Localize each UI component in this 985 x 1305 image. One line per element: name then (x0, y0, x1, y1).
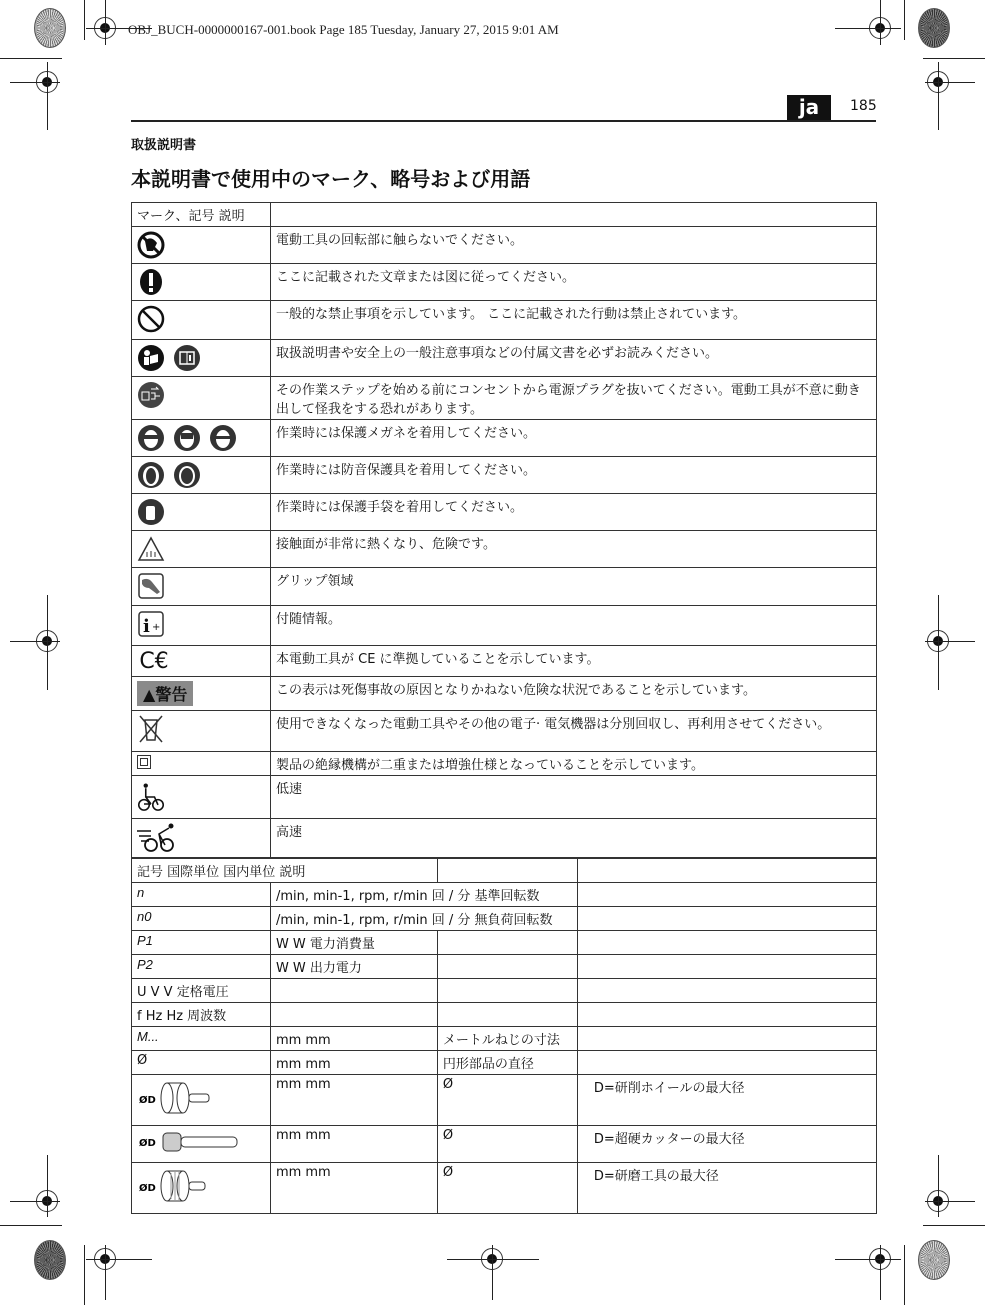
table-row: n0 /min, min-1, rpm, r/min 回 / 分 無負荷回転数 (132, 907, 877, 931)
description-cell (577, 1003, 876, 1027)
symbols-table: マーク、記号 説明 電動工具の回転部に触らないでください。 ここに記載された文章… (131, 202, 877, 858)
svg-text:i: i (143, 616, 150, 637)
table-row: f Hz Hz 周波数 (132, 1003, 877, 1027)
description-cell: 低速 (271, 776, 877, 819)
symbol-cell: Ø (132, 1051, 271, 1075)
table-row: Ø mm mm 円形部品の直径 (132, 1051, 877, 1075)
description-cell: 円形部品の直径 (437, 1051, 577, 1075)
unit-cell: W W 電力消費量 (270, 931, 437, 955)
table-row: ØD mm mm Ø D=研削ホイールの最大径 (132, 1075, 877, 1126)
color-rosette-mark (918, 1240, 950, 1280)
description-cell: 一般的な禁止事項を示しています。 ここに記載された行動は禁止されています。 (271, 301, 877, 340)
description-cell: 製品の絶縁機構が二重または増強仕様となっていることを示しています。 (271, 752, 877, 776)
description-cell: 作業時には防音保護具を着用してください。 (271, 457, 877, 494)
description-cell: 接触面が非常に熱くなり、危険です。 (271, 531, 877, 568)
face-shield-icon (173, 424, 201, 452)
color-rosette-mark (34, 1240, 66, 1280)
description-cell: D=超硬カッターの最大径 (577, 1126, 876, 1163)
prohibition-icon (137, 305, 165, 333)
table-row: C€ 本電動工具が CE に準拠していることを示しています。 (132, 646, 877, 677)
ce-mark-icon: C€ (137, 647, 171, 675)
table-row: グリップ領域 (132, 568, 877, 606)
description-cell (437, 979, 577, 1003)
description-cell (437, 955, 577, 979)
units-table: 記号 国際単位 国内単位 説明 n /min, min-1, rpm, r/mi… (131, 858, 877, 1214)
description-cell: グリップ領域 (271, 568, 877, 606)
page-number: 185 (850, 98, 877, 114)
table-row: 高速 (132, 819, 877, 858)
table-row: ØD mm mm Ø D=研磨工具の最大径 (132, 1163, 877, 1214)
unit-cell: /min, min-1, rpm, r/min 回 / 分 無負荷回転数 (270, 907, 577, 931)
low-speed-bicycle-icon (137, 780, 165, 814)
svg-text:ØD: ØD (139, 1094, 156, 1106)
table-row: ここに記載された文章または図に従ってください。 (132, 264, 877, 301)
unit-cell: W W 出力電力 (270, 955, 437, 979)
description-cell: その作業ステップを始める前にコンセントから電源プラグを抜いてください。電動工具が… (271, 377, 877, 420)
description-cell: Ø (437, 1075, 577, 1126)
description-cell: Ø (437, 1163, 577, 1214)
gloves-icon (137, 498, 165, 526)
unit-cell: mm mm (270, 1075, 437, 1126)
grinding-wheel-diagram-icon: ØD (137, 1108, 217, 1123)
warning-badge-text: 警告 (155, 685, 187, 704)
table-row: 取扱説明書や安全上の一般注意事項などの付属文書を必ずお読みください。 (132, 340, 877, 377)
table-row: 使用できなくなった電動工具やその他の電子· 電気機器は分別回収し、再利用させてく… (132, 711, 877, 752)
table-row: 電動工具の回転部に触らないでください。 (132, 227, 877, 264)
table-row: その作業ステップを始める前にコンセントから電源プラグを抜いてください。電動工具が… (132, 377, 877, 420)
safety-glasses-icon (209, 424, 237, 452)
ear-muffs-icon (173, 461, 201, 489)
table-row: U V V 定格電圧 (132, 979, 877, 1003)
page-title: 本説明書で使用中のマーク、略号および用語 (131, 163, 530, 192)
table-row: 作業時には保護メガネを着用してください。 (132, 420, 877, 457)
read-manual-icon (137, 344, 165, 372)
svg-text:ØD: ØD (139, 1182, 156, 1194)
table-row: i+ 付随情報。 (132, 606, 877, 646)
exclamation-mandatory-icon (137, 268, 165, 296)
manual-info-icon (173, 344, 201, 372)
abrasive-tool-diagram-icon: ØD (137, 1196, 217, 1211)
table-header-row: マーク、記号 説明 (132, 203, 877, 227)
ear-protection-icon (137, 461, 165, 489)
table-row: ØD mm mm Ø D=超硬カッターの最大径 (132, 1126, 877, 1163)
high-speed-bicycle-icon (137, 823, 177, 853)
unit-cell: mm mm (270, 1126, 437, 1163)
description-cell: D=研削ホイールの最大径 (577, 1075, 876, 1126)
unit-cell: mm mm (270, 1051, 437, 1075)
table-row: n /min, min-1, rpm, r/min 回 / 分 基準回転数 (132, 883, 877, 907)
symbol-cell: M... (137, 1029, 159, 1044)
double-insulation-icon (137, 755, 151, 769)
goggles-icon (137, 424, 165, 452)
unit-cell: /min, min-1, rpm, r/min 回 / 分 基準回転数 (270, 883, 577, 907)
print-slug: OBJ_BUCH-0000000167-001.book Page 185 Tu… (128, 22, 559, 38)
table-row: 作業時には保護手袋を着用してください。 (132, 494, 877, 531)
unit-cell: mm mm (270, 1027, 437, 1051)
symbol-cell: n0 (137, 909, 151, 924)
header-cell (577, 859, 876, 883)
weee-crossed-bin-icon (137, 715, 165, 743)
header-cell: 記号 国際単位 国内単位 説明 (132, 859, 438, 883)
description-cell: 高速 (271, 819, 877, 858)
header-cell (437, 859, 577, 883)
table-row: 接触面が非常に熱くなり、危険です。 (132, 531, 877, 568)
description-cell (577, 955, 876, 979)
table-row: P2 W W 出力電力 (132, 955, 877, 979)
description-cell: 作業時には保護手袋を着用してください。 (271, 494, 877, 531)
description-cell: 作業時には保護メガネを着用してください。 (271, 420, 877, 457)
description-cell: ここに記載された文章または図に従ってください。 (271, 264, 877, 301)
symbol-cell: U V V 定格電圧 (132, 979, 271, 1003)
table-row: 製品の絶縁機構が二重または増強仕様となっていることを示しています。 (132, 752, 877, 776)
symbol-cell: P1 (137, 933, 153, 948)
header-cell (271, 203, 877, 227)
svg-text:+: + (152, 622, 160, 633)
warning-badge: ▲警告 (137, 681, 193, 706)
language-tab: ja (787, 95, 831, 120)
table-row: 作業時には防音保護具を着用してください。 (132, 457, 877, 494)
description-cell: メートルねじの寸法 (437, 1027, 577, 1051)
table-row: M... mm mm メートルねじの寸法 (132, 1027, 877, 1051)
description-cell (577, 907, 876, 931)
description-cell (577, 1051, 876, 1075)
symbol-cell: n (137, 885, 144, 900)
description-cell: 電動工具の回転部に触らないでください。 (271, 227, 877, 264)
unit-cell (270, 979, 437, 1003)
description-cell (577, 979, 876, 1003)
table-header-row: 記号 国際単位 国内単位 説明 (132, 859, 877, 883)
description-cell: D=研磨工具の最大径 (577, 1163, 876, 1214)
unplug-icon (137, 381, 165, 409)
unit-cell: mm mm (270, 1163, 437, 1214)
symbol-cell: f Hz Hz 周波数 (132, 1003, 271, 1027)
color-rosette-mark (918, 8, 950, 48)
description-cell (437, 931, 577, 955)
header-cell: マーク、記号 説明 (132, 203, 271, 227)
description-cell (577, 1027, 876, 1051)
description-cell: 使用できなくなった電動工具やその他の電子· 電気機器は分別回収し、再利用させてく… (271, 711, 877, 752)
description-cell: 本電動工具が CE に準拠していることを示しています。 (271, 646, 877, 677)
grip-area-icon (137, 572, 165, 600)
description-cell (577, 931, 876, 955)
description-cell: 付随情報。 (271, 606, 877, 646)
section-label: 取扱説明書 (131, 134, 196, 153)
unit-cell (270, 1003, 437, 1027)
description-cell: Ø (437, 1126, 577, 1163)
description-cell: 取扱説明書や安全上の一般注意事項などの付属文書を必ずお読みください。 (271, 340, 877, 377)
description-cell (437, 1003, 577, 1027)
svg-text:ØD: ØD (139, 1137, 156, 1149)
additional-info-icon: i+ (137, 610, 165, 638)
description-cell: この表示は死傷事故の原因となりかねない危険な状況であることを示しています。 (271, 677, 877, 711)
hot-surface-warning-icon (137, 535, 165, 563)
table-row: 低速 (132, 776, 877, 819)
table-row: ▲警告 この表示は死傷事故の原因となりかねない危険な状況であることを示しています… (132, 677, 877, 711)
color-rosette-mark (34, 8, 66, 48)
description-cell (577, 883, 876, 907)
table-row: P1 W W 電力消費量 (132, 931, 877, 955)
table-row: 一般的な禁止事項を示しています。 ここに記載された行動は禁止されています。 (132, 301, 877, 340)
symbol-cell: P2 (137, 957, 153, 972)
carbide-cutter-diagram-icon: ØD (137, 1145, 247, 1160)
do-not-touch-rotating-icon (137, 231, 165, 259)
header-rule (131, 120, 876, 122)
